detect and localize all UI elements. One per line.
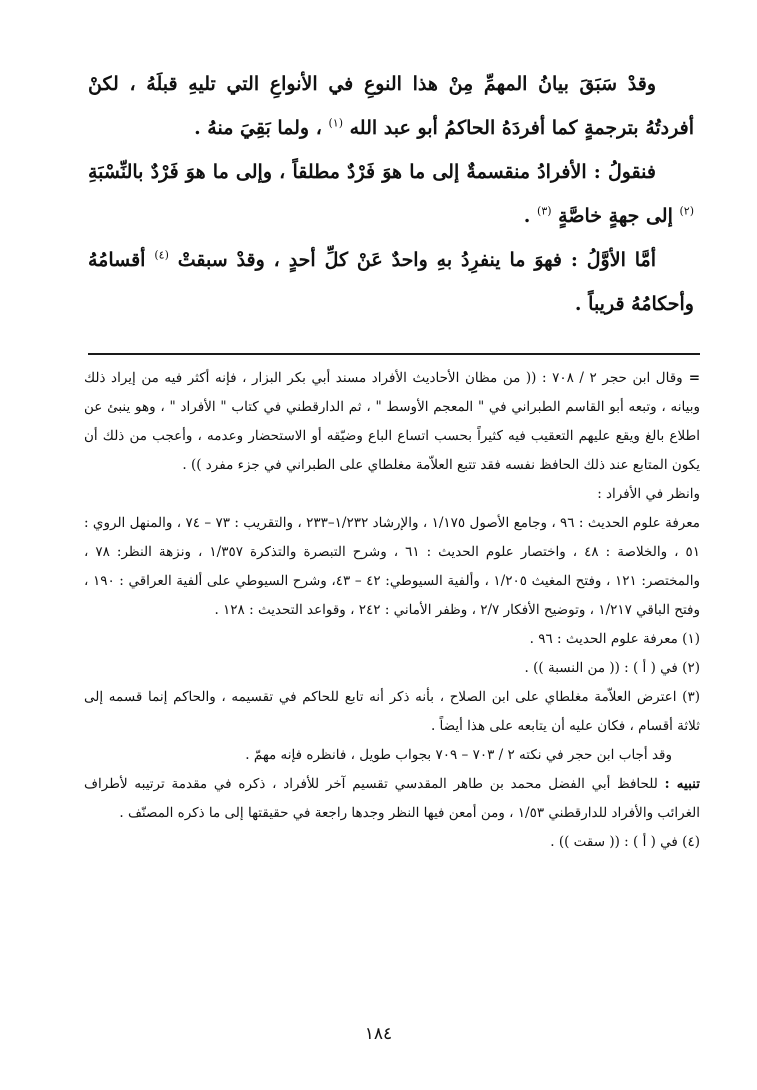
- tanbih-text: للحافظ أبي الفضل محمد بن طاهر المقدسي تق…: [84, 776, 700, 821]
- footnote-text: في ( أ ) : (( من النسبة )) .: [525, 660, 678, 676]
- footnote-number: (٤): [682, 834, 700, 850]
- main-paragraph-1: وقدْ سَبَقَ بيانُ المهمِّ مِنْ هذا النوع…: [88, 62, 694, 150]
- footnote-number: (٣): [682, 689, 700, 705]
- footnote-4: (٤) في ( أ ) : (( سقت )) .: [84, 828, 700, 857]
- footnote-3: (٣) اعترض العلاّمة مغلطاي على ابن الصلاح…: [84, 683, 700, 741]
- paragraph-text: وقدْ سَبَقَ بيانُ المهمِّ مِنْ هذا النوع…: [88, 73, 694, 139]
- main-text-block: وقدْ سَبَقَ بيانُ المهمِّ مِنْ هذا النوع…: [88, 62, 694, 326]
- footnote-text: اعترض العلاّمة مغلطاي على ابن الصلاح ، ب…: [84, 689, 700, 734]
- paragraph-text: فنقولُ : الأفرادُ منقسمةٌ إلى ما هوَ فَر…: [88, 161, 656, 183]
- footnote-number: (٢): [682, 660, 700, 676]
- footnote-text: معرفة علوم الحديث : ٩٦ .: [530, 631, 678, 647]
- main-paragraph-2: فنقولُ : الأفرادُ منقسمةٌ إلى ما هوَ فَر…: [88, 150, 694, 238]
- see-also-references: معرفة علوم الحديث : ٩٦ ، وجامع الأصول ١/…: [84, 509, 700, 625]
- paragraph-text: أمَّا الأوَّلُ : فهوَ ما ينفرِدُ بهِ واح…: [178, 249, 656, 271]
- paragraph-tail-2: .: [524, 205, 531, 227]
- footnote-ref-3: (٣): [537, 205, 552, 218]
- footnote-continuation: =وقال ابن حجر ٢ / ٧٠٨ : (( من مظان الأحا…: [84, 364, 700, 480]
- continuation-text: وقال ابن حجر ٢ / ٧٠٨ : (( من مظان الأحاد…: [84, 370, 700, 473]
- footnotes-block: =وقال ابن حجر ٢ / ٧٠٨ : (( من مظان الأحا…: [84, 364, 700, 857]
- footnote-ref-4: (٤): [154, 249, 169, 262]
- page-number: ١٨٤: [0, 1024, 757, 1044]
- see-also-label: وانظر في الأفراد :: [84, 480, 700, 509]
- footnote-text: في ( أ ) : (( سقت )) .: [550, 834, 678, 850]
- footnote-3-extra: وقد أجاب ابن حجر في نكته ٢ / ٧٠٣ – ٧٠٩ ب…: [84, 741, 700, 770]
- tanbih-label: تنبيه :: [665, 776, 700, 792]
- paragraph-tail: ، ولما بَقِيَ منهُ .: [194, 117, 322, 139]
- continuation-mark: =: [689, 364, 700, 393]
- footnote-2: (٢) في ( أ ) : (( من النسبة )) .: [84, 654, 700, 683]
- footnote-number: (١): [682, 631, 700, 647]
- footnote-separator-rule: [88, 353, 700, 355]
- paragraph-tail: إلى جهةٍ خاصَّةٍ: [558, 205, 673, 227]
- main-paragraph-3: أمَّا الأوَّلُ : فهوَ ما ينفرِدُ بهِ واح…: [88, 238, 694, 326]
- footnote-1: (١) معرفة علوم الحديث : ٩٦ .: [84, 625, 700, 654]
- footnote-ref-1: (١): [328, 117, 343, 130]
- footnote-ref-2: (٢): [679, 205, 694, 218]
- tanbih-note: تنبيه : للحافظ أبي الفضل محمد بن طاهر ال…: [84, 770, 700, 828]
